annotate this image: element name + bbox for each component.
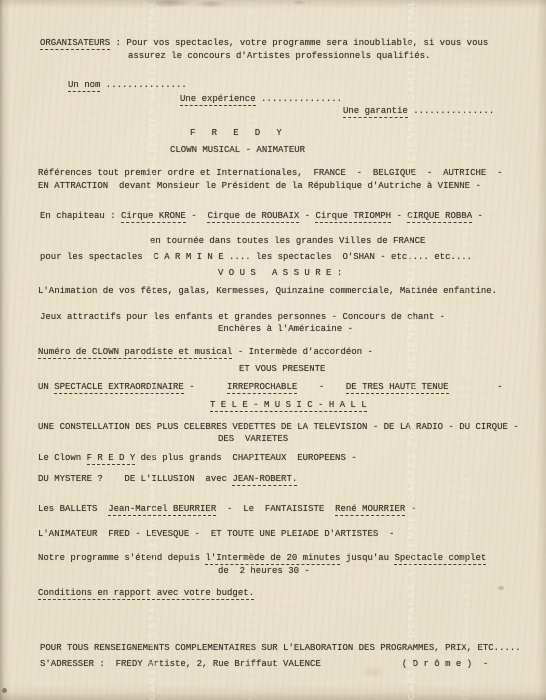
plain-text: Les BALLETS — [38, 504, 108, 514]
text-line: Les BALLETS Jean-Marcel BEURRIER - Le FA… — [38, 504, 416, 515]
plain-text: DES VARIETES — [218, 434, 288, 444]
text-line: UN SPECTACLE EXTRAORDINAIRE - IRREPROCHA… — [38, 382, 503, 393]
text-line: S'ADRESSER : FREDY Artiste, 2, Rue Briff… — [40, 659, 488, 670]
text-line: Un nom ............... — [68, 80, 187, 91]
underlined-text: IRREPROCHABLE — [227, 382, 297, 394]
underlined-text: Une expérience — [180, 94, 256, 106]
underlined-text: F R E D Y — [87, 453, 136, 465]
plain-text: pour les spectacles C A R M I N E .... l… — [40, 252, 472, 262]
plain-text: : Pour vos spectacles, votre programme s… — [110, 38, 488, 48]
plain-text: S'ADRESSER : FREDY Artiste, 2, Rue Briff… — [40, 659, 488, 669]
underlined-text: DE TRES HAUTE TENUE — [346, 382, 449, 394]
plain-text: en tournée dans toutes les grandes Ville… — [150, 236, 425, 246]
underlined-text: SPECTACLE EXTRAORDINAIRE — [54, 382, 184, 394]
text-line: T E L E - M U S I C - H A L L — [210, 400, 367, 411]
text-line: pour les spectacles C A R M I N E .... l… — [40, 252, 472, 263]
text-line: ORGANISATEURS : Pour vos spectacles, vot… — [40, 38, 488, 49]
plain-text: Notre programme s'étend depuis — [38, 553, 205, 563]
text-line: UNE CONSTELLATION DES PLUS CELEBRES VEDE… — [38, 422, 519, 433]
text-line: En chapiteau : Cirque KRONE - Cirque de … — [40, 211, 483, 222]
plain-text: ............... — [408, 106, 494, 116]
underlined-text: ORGANISATEURS — [40, 38, 110, 50]
text-line: Le Clown F R E D Y des plus grands CHAPI… — [38, 453, 357, 464]
plain-text: UN — [38, 382, 54, 392]
text-line: Références tout premier ordre et Interna… — [38, 168, 502, 179]
underlined-text: Cirque TRIOMPH — [315, 211, 391, 223]
plain-text: jusqu'au — [340, 553, 394, 563]
text-line: CLOWN MUSICAL - ANIMATEUR — [170, 145, 305, 156]
underlined-text: l'Intermède de 20 minutes — [205, 553, 340, 565]
plain-text: - — [299, 211, 315, 221]
watermark-text: CARTES POSTALES ANCIENNES CARTES POSTALE… — [458, 0, 472, 700]
plain-text: - Le FANTAISISTE — [216, 504, 335, 514]
underlined-text: Un nom — [68, 80, 100, 92]
plain-text: ............... — [256, 94, 342, 104]
plain-text: UNE CONSTELLATION DES PLUS CELEBRES VEDE… — [38, 422, 519, 432]
text-line: L'ANIMATEUR FRED - LEVESQUE - ET TOUTE U… — [38, 529, 394, 540]
underlined-text: Spectacle complet — [394, 553, 486, 565]
plain-text: ET VOUS PRESENTE — [239, 364, 325, 374]
plain-text: - Intermède d'accordéon - — [232, 347, 372, 357]
plain-text: CLOWN MUSICAL - ANIMATEUR — [170, 145, 305, 155]
plain-text: - — [472, 211, 483, 221]
plain-text: - — [186, 211, 208, 221]
plain-text: - — [297, 382, 346, 392]
underlined-text: T E L E - M U S I C - H A L L — [210, 400, 367, 412]
underlined-text: CIRQUE ROBBA — [407, 211, 472, 223]
plain-text: POUR TOUS RENSEIGNEMENTS COMPLEMENTAIRES… — [40, 643, 521, 653]
paper-speck — [2, 688, 7, 693]
underlined-text: Cirque KRONE — [121, 211, 186, 223]
text-line: DU MYSTERE ? DE L'ILLUSION avec JEAN-ROB… — [38, 474, 297, 485]
plain-text: Références tout premier ordre et Interna… — [38, 168, 502, 178]
underlined-text: Jean-Marcel BEURRIER — [108, 504, 216, 516]
text-line: POUR TOUS RENSEIGNEMENTS COMPLEMENTAIRES… — [40, 643, 521, 654]
paper-speck — [498, 586, 504, 590]
text-line: EN ATTRACTION devant Monsieur le Préside… — [38, 181, 481, 192]
text-line: Conditions en rapport avec votre budget. — [38, 588, 254, 599]
watermark-text: CARTES POSTALES ANCIENNES CARTES POSTALE… — [404, 0, 418, 700]
text-line: Jeux attractifs pour les enfants et gran… — [40, 312, 445, 323]
text-line: Notre programme s'étend depuis l'Intermè… — [38, 553, 486, 564]
plain-text: de 2 heures 30 - — [218, 566, 310, 576]
ink-smudge — [292, 0, 306, 5]
plain-text: Jeux attractifs pour les enfants et gran… — [40, 312, 445, 322]
plain-text: - — [405, 504, 416, 514]
text-line: assurez le concours d'Artistes professio… — [128, 51, 430, 62]
plain-text: - — [391, 211, 407, 221]
text-line: en tournée dans toutes les grandes Ville… — [150, 236, 425, 247]
text-line: F R E D Y — [190, 128, 282, 139]
text-line: Numéro de CLOWN parodiste et musical - I… — [38, 347, 373, 358]
plain-text: En chapiteau : — [40, 211, 121, 221]
underlined-text: Une garantie — [343, 106, 408, 118]
plain-text: L'ANIMATEUR FRED - LEVESQUE - ET TOUTE U… — [38, 529, 394, 539]
plain-text: Enchères à l'Américaine - — [218, 324, 353, 334]
underlined-text: Conditions en rapport avec votre budget. — [38, 588, 254, 600]
plain-text: L'Animation de vos fêtes, galas, Kermess… — [38, 286, 497, 296]
text-line: V O U S A S S U R E : — [218, 268, 342, 279]
plain-text: - — [184, 382, 227, 392]
underlined-text: Numéro de CLOWN parodiste et musical — [38, 347, 232, 359]
plain-text: DU MYSTERE ? DE L'ILLUSION avec — [38, 474, 232, 484]
plain-text: ............... — [100, 80, 186, 90]
underlined-text: Cirque de ROUBAIX — [207, 211, 299, 223]
plain-text: EN ATTRACTION devant Monsieur le Préside… — [38, 181, 481, 191]
plain-text: Le Clown — [38, 453, 87, 463]
plain-text: assurez le concours d'Artistes professio… — [128, 51, 430, 61]
text-line: ET VOUS PRESENTE — [239, 364, 325, 375]
plain-text: des plus grands CHAPITEAUX EUROPEENS - — [135, 453, 356, 463]
text-line: Enchères à l'Américaine - — [218, 324, 353, 335]
text-line: Une garantie ............... — [343, 106, 494, 117]
text-line: L'Animation de vos fêtes, galas, Kermess… — [38, 286, 497, 297]
underlined-text: JEAN-ROBERT. — [232, 474, 297, 486]
ink-smudge — [146, 0, 192, 8]
plain-text: V O U S A S S U R E : — [218, 268, 342, 278]
underlined-text: René MOURRIER — [335, 504, 405, 516]
plain-text: - — [449, 382, 503, 392]
text-line: de 2 heures 30 - — [218, 566, 310, 577]
text-line: DES VARIETES — [218, 434, 288, 445]
ink-smudge — [196, 1, 226, 8]
text-line: Une expérience ............... — [180, 94, 342, 105]
plain-text: F R E D Y — [190, 128, 282, 138]
scanned-flyer-page: ORGANISATEURS : Pour vos spectacles, vot… — [0, 0, 546, 700]
